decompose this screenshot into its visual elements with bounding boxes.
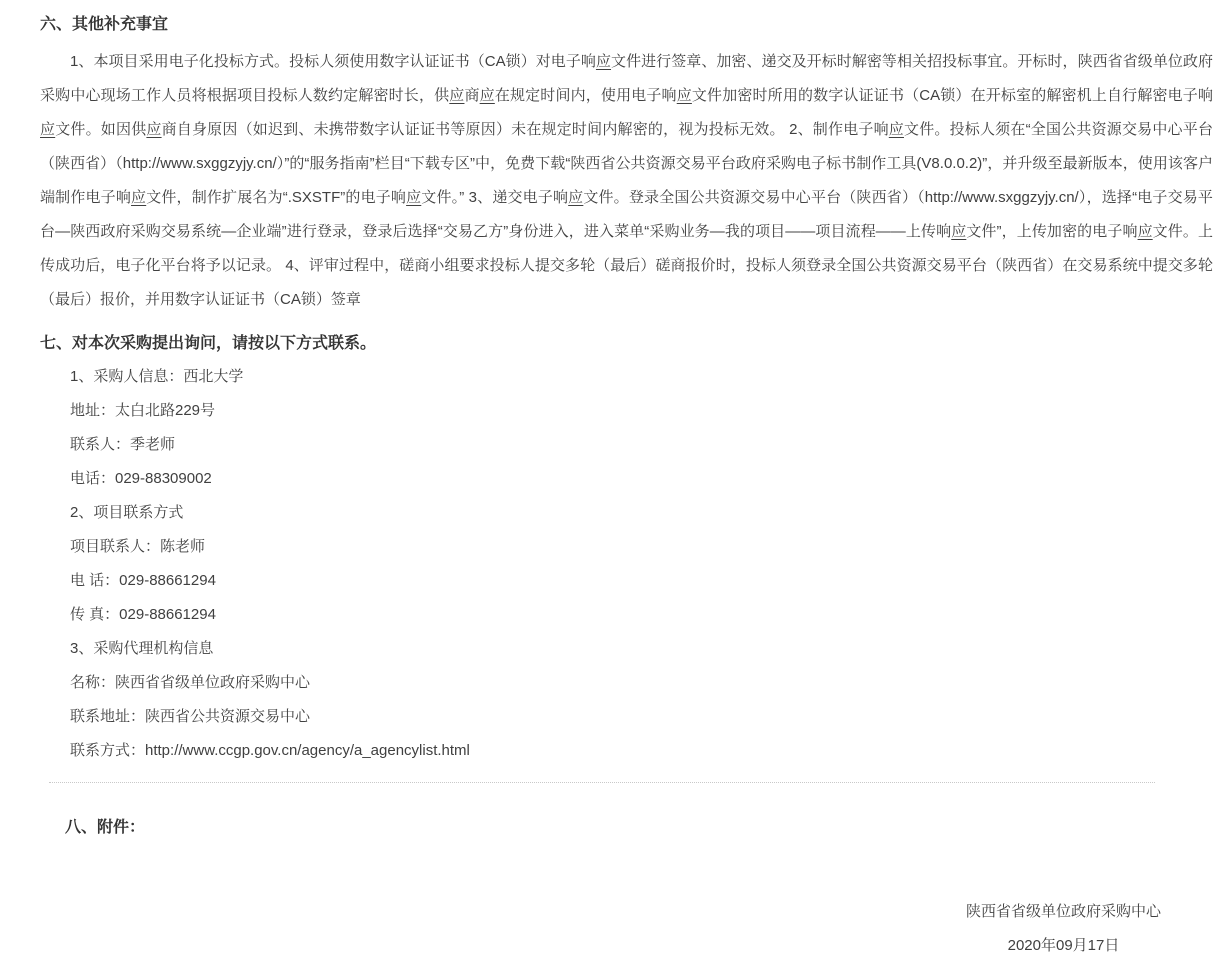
section-divider bbox=[49, 782, 1155, 783]
contact-line: 名称：陕西省省级单位政府采购中心 bbox=[40, 666, 1213, 700]
contact-line: 2、项目联系方式 bbox=[40, 496, 1213, 530]
section-seven-heading: 七、对本次采购提出询问，请按以下方式联系。 bbox=[40, 331, 1213, 357]
contact-line: 联系方式：http://www.ccgp.gov.cn/agency/a_age… bbox=[40, 734, 1213, 768]
section-six-paragraph: 1、本项目采用电子化投标方式。投标人须使用数字认证证书（CA锁）对电子响应文件进… bbox=[40, 45, 1213, 317]
section-eight-heading: 八、附件： bbox=[40, 815, 1213, 841]
contact-line: 项目联系人：陈老师 bbox=[40, 530, 1213, 564]
contact-line: 联系人：季老师 bbox=[40, 428, 1213, 462]
signature-block: 陕西省省级单位政府采购中心 2020年09月17日 bbox=[966, 895, 1161, 962]
contact-line: 电 话：029-88661294 bbox=[40, 564, 1213, 598]
contact-line: 地址：太白北路229号 bbox=[40, 394, 1213, 428]
signature-date: 2020年09月17日 bbox=[966, 929, 1161, 962]
signature-org: 陕西省省级单位政府采购中心 bbox=[966, 895, 1161, 929]
section-six-heading: 六、其他补充事宜 bbox=[40, 12, 1213, 38]
contact-line: 1、采购人信息：西北大学 bbox=[40, 360, 1213, 394]
announcement-page: 六、其他补充事宜 1、本项目采用电子化投标方式。投标人须使用数字认证证书（CA锁… bbox=[0, 0, 1221, 962]
contact-line: 3、采购代理机构信息 bbox=[40, 632, 1213, 666]
contact-list: 1、采购人信息：西北大学地址：太白北路229号联系人：季老师电话：029-883… bbox=[40, 360, 1213, 768]
contact-line: 传 真：029-88661294 bbox=[40, 598, 1213, 632]
contact-line: 联系地址：陕西省公共资源交易中心 bbox=[40, 700, 1213, 734]
contact-line: 电话：029-88309002 bbox=[40, 462, 1213, 496]
